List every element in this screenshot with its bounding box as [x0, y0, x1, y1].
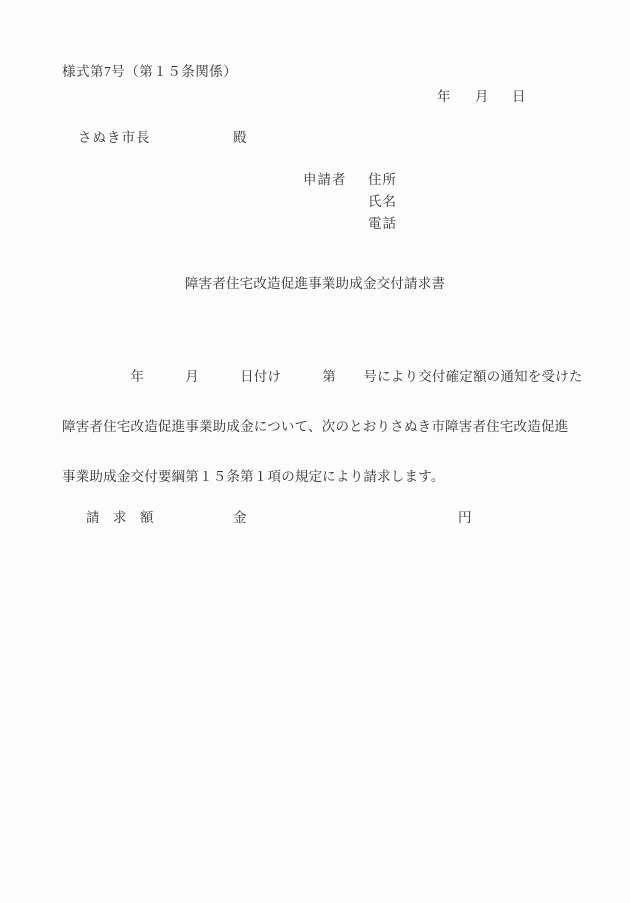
applicant-phone-label: 電話	[368, 217, 397, 231]
claim-amount-suffix: 円	[458, 511, 472, 525]
addressee-name: さぬき市長	[78, 131, 151, 145]
applicant-label: 申請者	[303, 173, 347, 187]
date-month-label: 月	[475, 90, 489, 104]
document-title: 障害者住宅改造促進事業助成金交付請求書	[0, 277, 630, 291]
date-year-label: 年	[437, 90, 451, 104]
addressee-honorific: 殿	[233, 131, 247, 145]
form-number: 様式第7号（第１５条関係）	[62, 65, 237, 79]
body-line-3: 事業助成金交付要綱第１５条第１項の規定により請求します。	[62, 465, 578, 488]
date-day-label: 日	[512, 90, 526, 104]
applicant-name-label: 氏名	[368, 195, 397, 209]
claim-amount-prefix: 金	[233, 511, 247, 525]
claim-amount-label: 請 求 額	[86, 511, 154, 525]
body-line-2: 障害者住宅改造促進事業助成金について、次のとおりさぬき市障害者住宅改造促進	[62, 415, 578, 438]
applicant-address-label: 住所	[368, 173, 397, 187]
document-page: 様式第7号（第１５条関係） 年 月 日 さぬき市長 殿 申請者 住所 氏名 電話…	[0, 0, 630, 903]
body-line-1: 年 月 日付け 第 号により交付確定額の通知を受けた	[62, 365, 578, 388]
body-paragraph: 年 月 日付け 第 号により交付確定額の通知を受けた 障害者住宅改造促進事業助成…	[62, 338, 578, 515]
